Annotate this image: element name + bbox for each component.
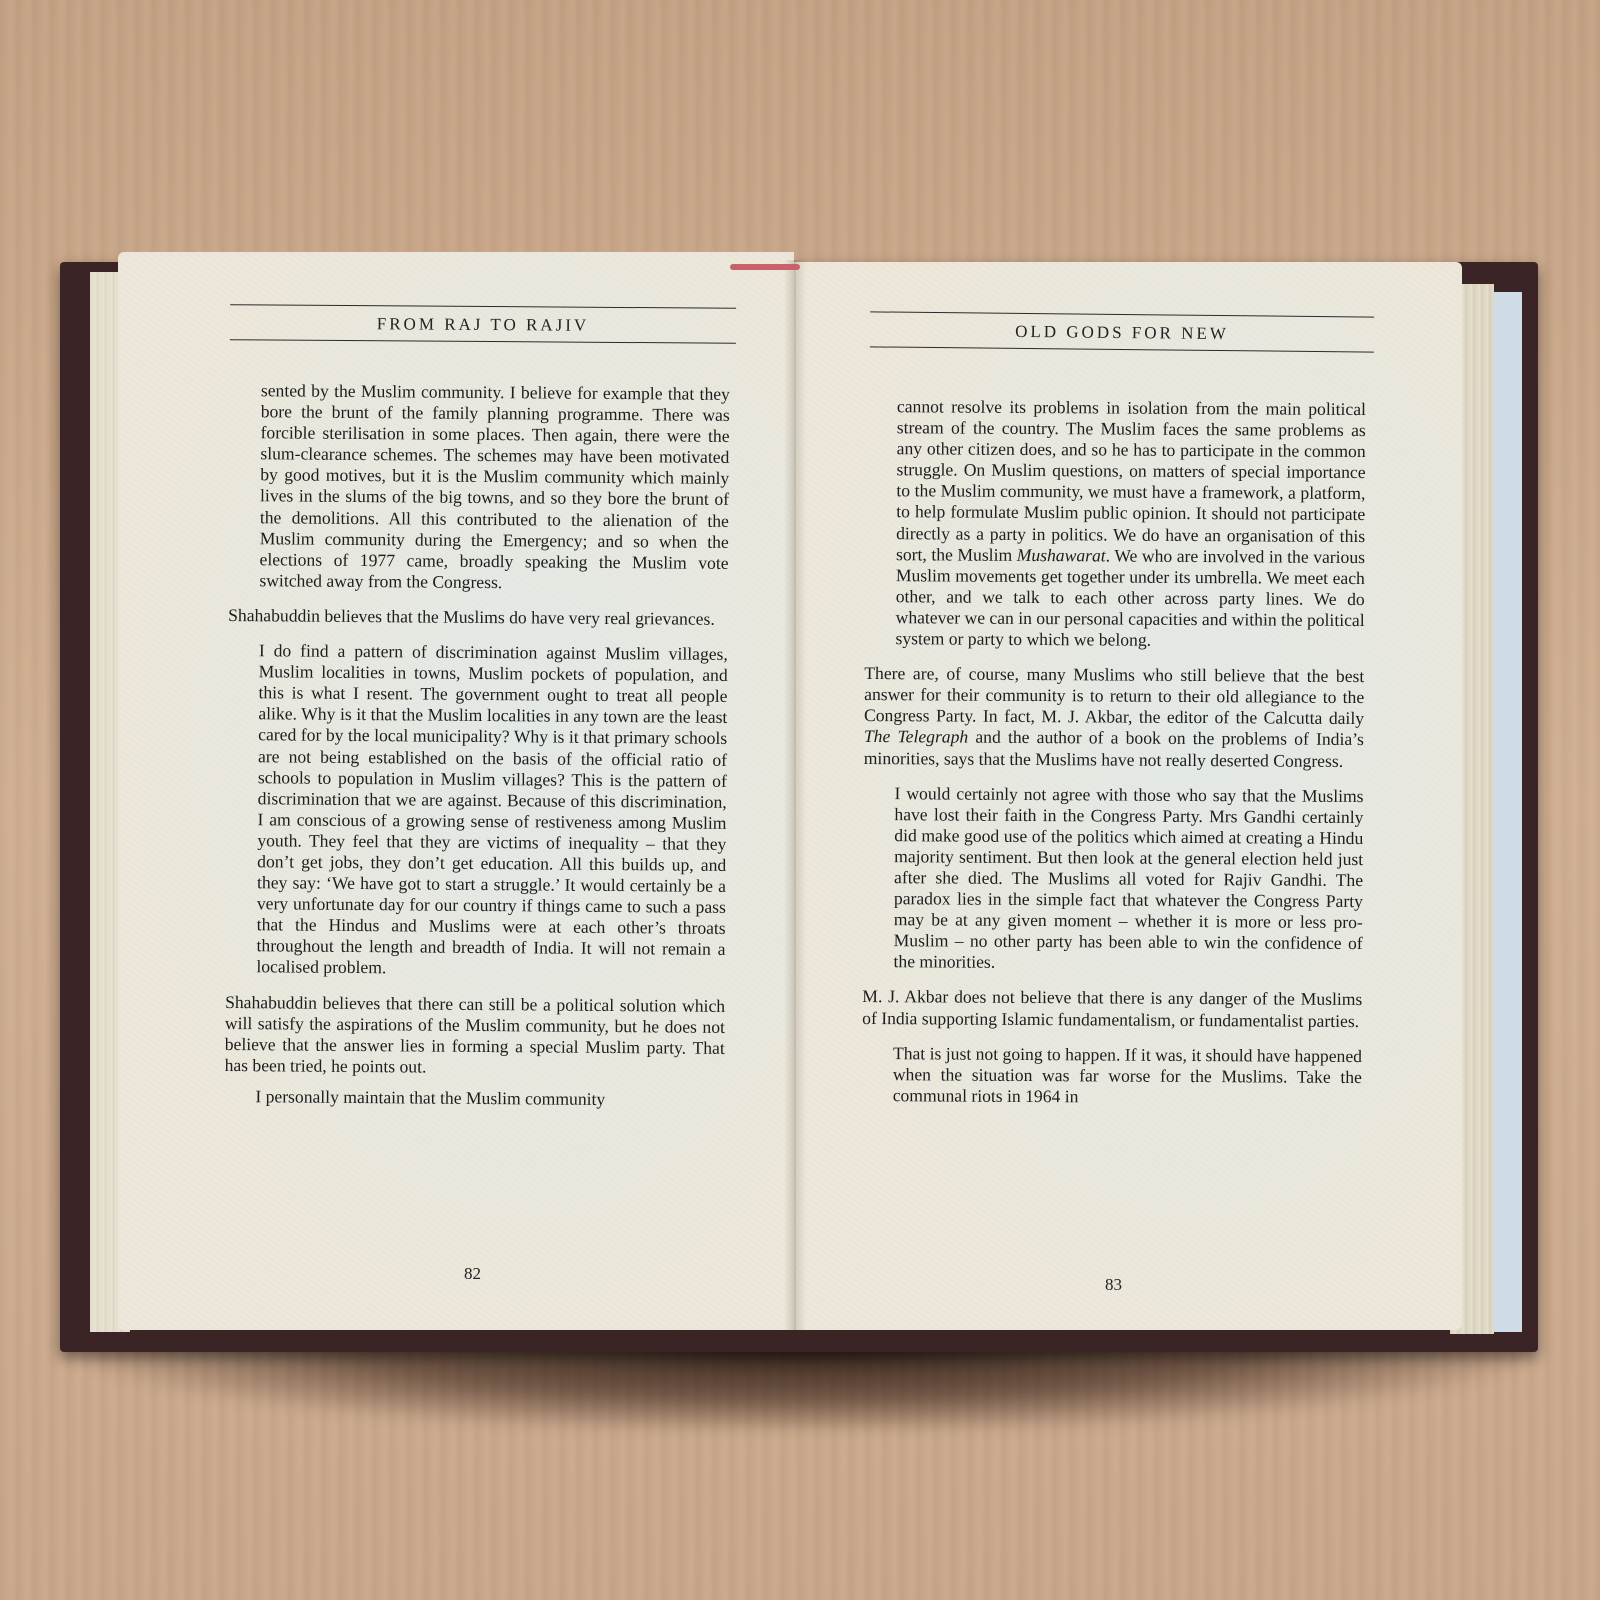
text-run: cannot resolve its problems in isolation… bbox=[896, 396, 1366, 564]
narrative-paragraph: Shahabuddin believes that the Muslims do… bbox=[228, 605, 728, 630]
narrative-paragraph: Shahabuddin believes that there can stil… bbox=[225, 992, 726, 1080]
page-number-left: 82 bbox=[464, 1264, 481, 1284]
quote-paragraph: cannot resolve its problems in isolation… bbox=[864, 396, 1366, 652]
italic-term: Mushawarat bbox=[1017, 545, 1106, 566]
page-number-right: 83 bbox=[1105, 1275, 1122, 1295]
left-page-body: sented by the Muslim community. I believ… bbox=[224, 380, 730, 1111]
right-page-body: cannot resolve its problems in isolation… bbox=[862, 396, 1366, 1109]
quote-paragraph: I would certainly not agree with those w… bbox=[862, 783, 1363, 976]
book-gutter bbox=[784, 260, 806, 1330]
right-running-head-title: OLD GODS FOR NEW bbox=[870, 312, 1374, 351]
quote-paragraph: That is just not going to happen. If it … bbox=[862, 1043, 1362, 1109]
narrative-paragraph: M. J. Akbar does not believe that there … bbox=[862, 986, 1362, 1031]
left-running-head: FROM RAJ TO RAJIV bbox=[230, 304, 736, 344]
headband bbox=[730, 264, 800, 270]
narrative-paragraph: There are, of course, many Muslims who s… bbox=[864, 663, 1365, 772]
text-run: There are, of course, many Muslims who s… bbox=[864, 663, 1364, 728]
quote-paragraph: sented by the Muslim community. I believ… bbox=[228, 380, 730, 595]
italic-title: The Telegraph bbox=[864, 726, 968, 747]
quote-paragraph: I do find a pattern of discrimination ag… bbox=[225, 640, 728, 981]
quote-paragraph: I personally maintain that the Muslim co… bbox=[224, 1086, 724, 1111]
cover-endpaper bbox=[1494, 292, 1522, 1332]
right-running-head: OLD GODS FOR NEW bbox=[870, 311, 1374, 352]
left-running-head-title: FROM RAJ TO RAJIV bbox=[230, 305, 736, 343]
